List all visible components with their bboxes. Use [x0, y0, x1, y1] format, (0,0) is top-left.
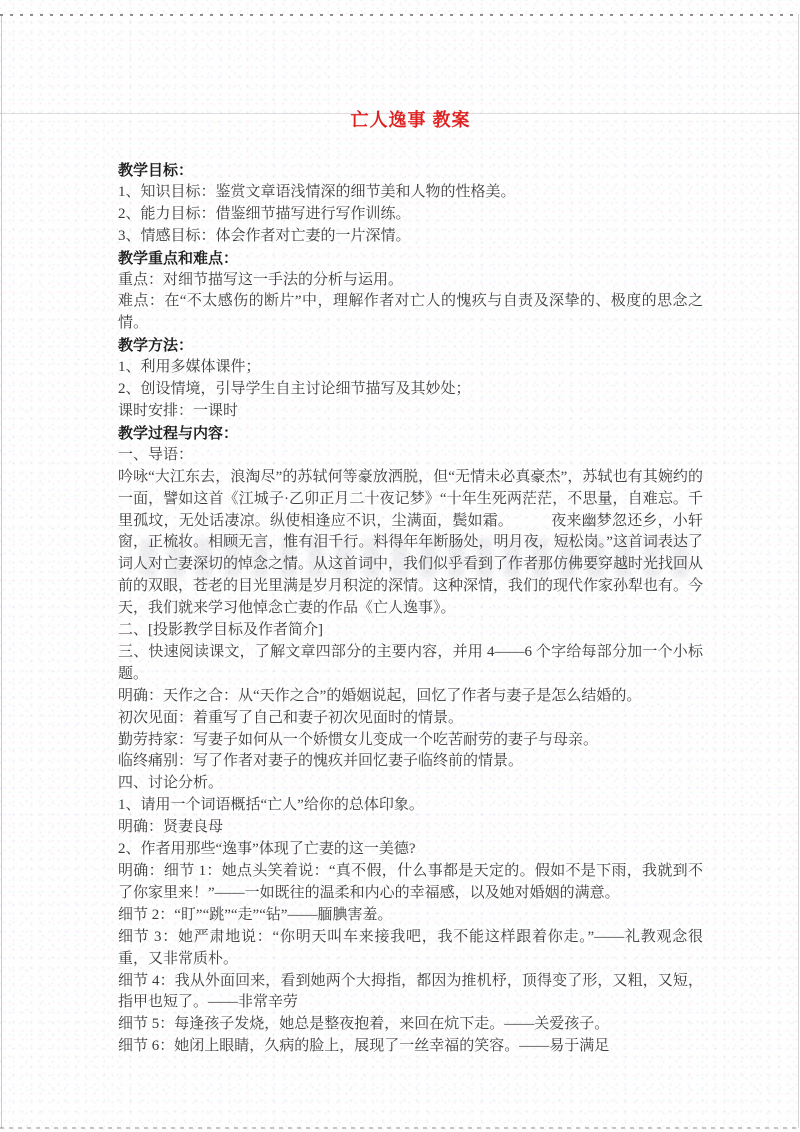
detail-2: 细节 2：“盯”“跳”“走”“钻”——腼腆害羞。 — [118, 905, 703, 927]
teaching-objectives-heading: 教学目标： — [118, 160, 703, 182]
section-two: 二、[投影教学目标及作者简介] — [118, 620, 703, 642]
detail-6: 细节 6：她闭上眼睛，久病的脸上，展现了一丝幸福的笑容。——易于满足 — [118, 1036, 703, 1058]
detail-4: 细节 4：我从外面回来，看到她两个大拇指，都因为推机杼，顶得变了形，又粗，又短，… — [118, 971, 703, 1015]
key-difficulty-heading: 教学重点和难点： — [118, 248, 703, 270]
intro-label: 一、导语： — [118, 445, 703, 467]
method-multimedia: 1、利用多媒体课件； — [118, 357, 703, 379]
class-schedule: 课时安排：一课时 — [118, 401, 703, 423]
detail-3: 细节 3：她严肃地说：“你明天叫车来接我吧，我不能这样跟着你走。”——礼教观念很… — [118, 927, 703, 971]
detail-1: 明确：细节 1：她点头笑着说：“真不假，什么事都是天定的。假如不是下雨，我就到不… — [118, 861, 703, 905]
document-body: 教学目标：1、知识目标：鉴赏文章语浅情深的细节美和人物的性格美。2、能力目标：借… — [118, 160, 703, 1058]
scan-right-edge-artifact — [798, 14, 799, 1128]
subtitle-heaven-match: 明确：天作之合：从“天作之合”的婚姻说起，回忆了作者与妻子是怎么结婚的。 — [118, 686, 703, 708]
section-three: 三、快速阅读课文，了解文章四部分的主要内容，并用 4——6 个字给每部分加一个小… — [118, 642, 703, 686]
teaching-methods-heading: 教学方法： — [118, 335, 703, 357]
section-four: 四、讨论分析。 — [118, 773, 703, 795]
intro-paragraph: 吟咏“大江东去，浪淘尽”的苏轼何等豪放洒脱，但“无情未必真豪杰”，苏轼也有其婉约… — [118, 467, 703, 620]
subtitle-first-meeting: 初次见面：着重写了自己和妻子初次见面时的情景。 — [118, 708, 703, 730]
process-content-heading: 教学过程与内容： — [118, 423, 703, 445]
subtitle-deathbed-farewell: 临终痛别：写了作者对妻子的愧疚并回忆妻子临终前的情景。 — [118, 751, 703, 773]
scanned-document-page: 亡人逸事 教案 教学目标：1、知识目标：鉴赏文章语浅情深的细节美和人物的性格美。… — [0, 0, 800, 1132]
subtitle-diligent-home: 勤劳持家：写妻子如何从一个娇惯女儿变成一个吃苦耐劳的妻子与母亲。 — [118, 730, 703, 752]
method-discussion: 2、创设情境，引导学生自主讨论细节描写及其妙处； — [118, 379, 703, 401]
key-point: 重点：对细节描写这一手法的分析与运用。 — [118, 270, 703, 292]
objective-emotion: 3、情感目标：体会作者对亡妻的一片深情。 — [118, 226, 703, 248]
scan-bottom-edge-artifact — [0, 1127, 800, 1129]
answer-one: 明确：贤妻良母 — [118, 817, 703, 839]
objective-ability: 2、能力目标：借鉴细节描写进行写作训练。 — [118, 204, 703, 226]
document-content: 亡人逸事 教案 教学目标：1、知识目标：鉴赏文章语浅情深的细节美和人物的性格美。… — [0, 0, 703, 1058]
document-title: 亡人逸事 教案 — [118, 106, 703, 132]
question-two: 2、作者用那些“逸事”体现了亡妻的这一美德? — [118, 839, 703, 861]
detail-5: 细节 5：每逢孩子发烧，她总是整夜抱着，来回在炕下走。——关爱孩子。 — [118, 1014, 703, 1036]
objective-knowledge: 1、知识目标：鉴赏文章语浅情深的细节美和人物的性格美。 — [118, 182, 703, 204]
question-one: 1、请用一个词语概括“亡人”给你的总体印象。 — [118, 795, 703, 817]
difficulty-point: 难点：在“不太感伤的断片”中，理解作者对亡人的愧疚与自责及深挚的、极度的思念之情… — [118, 291, 703, 335]
